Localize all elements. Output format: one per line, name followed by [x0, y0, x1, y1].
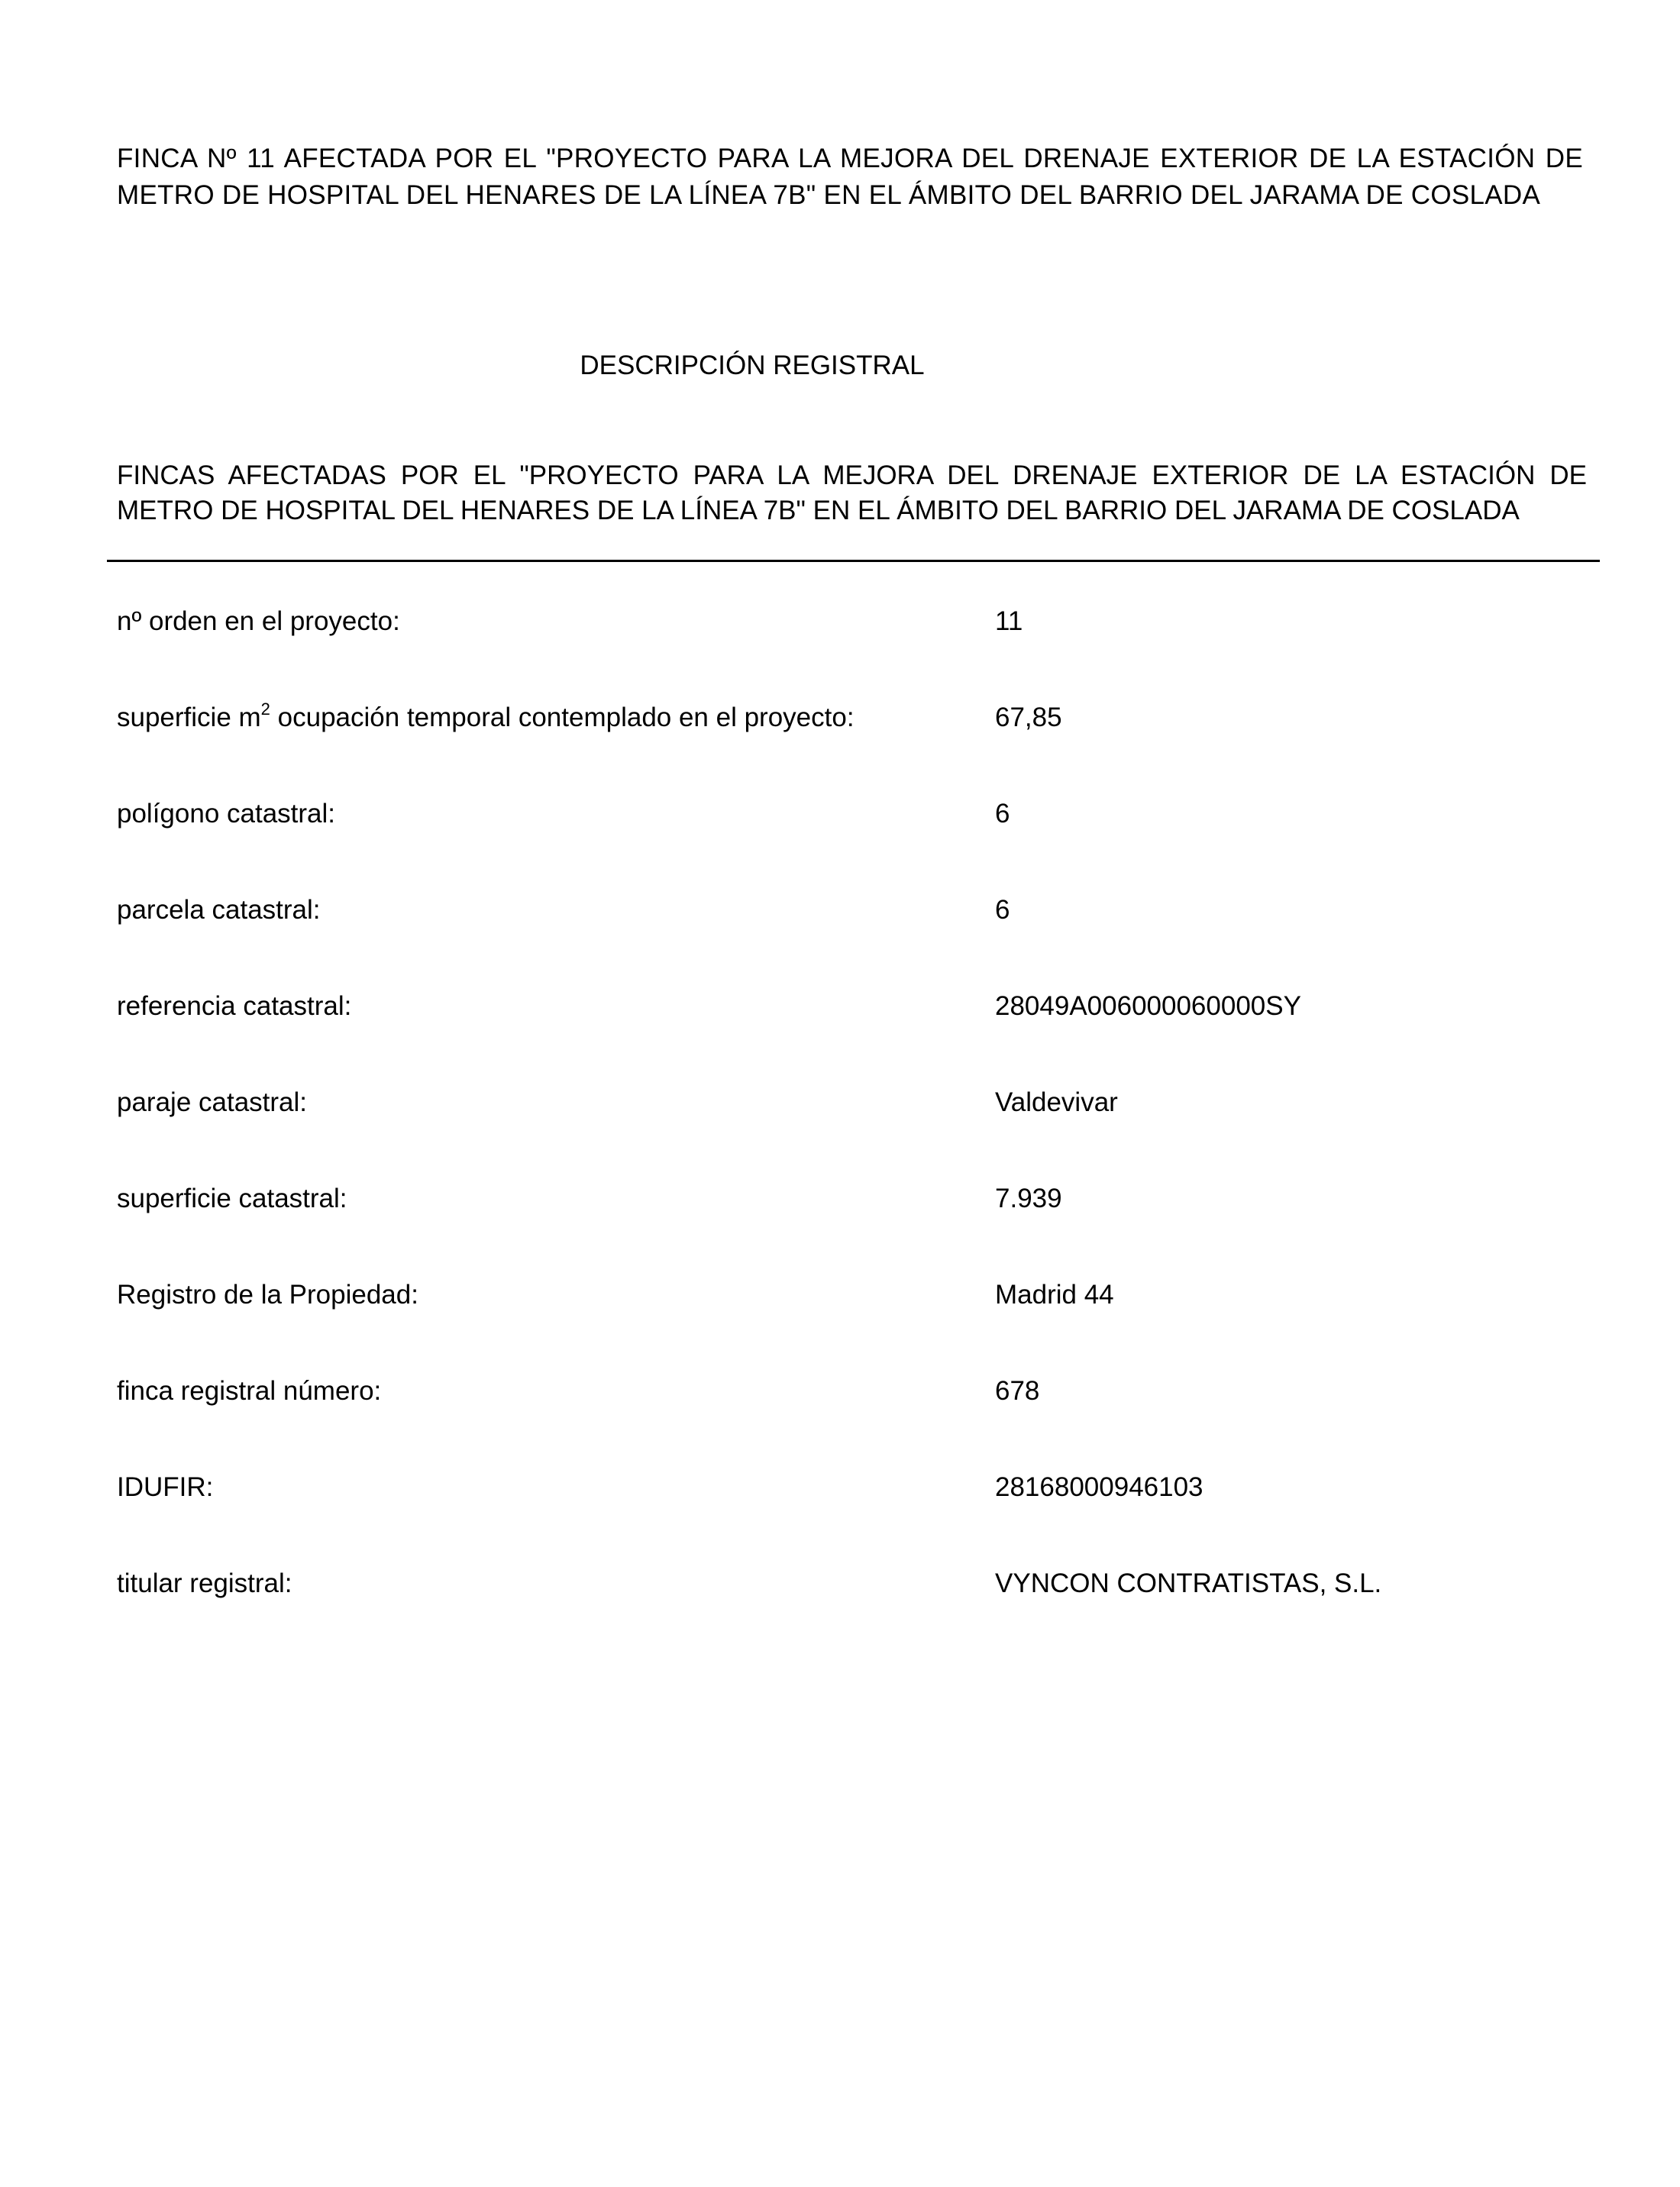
- section-heading: DESCRIPCIÓN REGISTRAL: [0, 347, 1504, 384]
- field-label: polígono catastral:: [117, 797, 335, 831]
- field-value: Madrid 44: [995, 1278, 1114, 1312]
- superscript: 2: [261, 699, 270, 719]
- field-label: nº orden en el proyecto:: [117, 605, 400, 638]
- field-label: paraje catastral:: [117, 1086, 307, 1119]
- field-value: 28168000946103: [995, 1471, 1203, 1504]
- field-value: 67,85: [995, 701, 1062, 735]
- field-label: superficie m2 ocupación temporal contemp…: [117, 701, 855, 735]
- field-value: Valdevivar: [995, 1086, 1118, 1119]
- field-value: 678: [995, 1375, 1039, 1408]
- field-label-post: ocupación temporal contemplado en el pro…: [270, 703, 855, 732]
- field-value: 6: [995, 797, 1010, 831]
- field-label: parcela catastral:: [117, 893, 321, 927]
- document-title: FINCA Nº 11 AFECTADA POR EL "PROYECTO PA…: [117, 141, 1583, 214]
- field-label: finca registral número:: [117, 1375, 381, 1408]
- section-subtitle: FINCAS AFECTADAS POR EL "PROYECTO PARA L…: [117, 458, 1587, 528]
- field-value: 6: [995, 893, 1010, 927]
- field-label: Registro de la Propiedad:: [117, 1278, 418, 1312]
- horizontal-divider: [107, 560, 1600, 562]
- field-value: 7.939: [995, 1182, 1062, 1216]
- field-value: VYNCON CONTRATISTAS, S.L.: [995, 1567, 1381, 1601]
- field-label: IDUFIR:: [117, 1471, 213, 1504]
- field-label: referencia catastral:: [117, 990, 351, 1023]
- field-value: 11: [995, 605, 1023, 638]
- field-label: superficie catastral:: [117, 1182, 347, 1216]
- field-value: 28049A006000060000SY: [995, 990, 1301, 1023]
- field-label: titular registral:: [117, 1567, 292, 1601]
- field-label-pre: superficie m: [117, 703, 261, 732]
